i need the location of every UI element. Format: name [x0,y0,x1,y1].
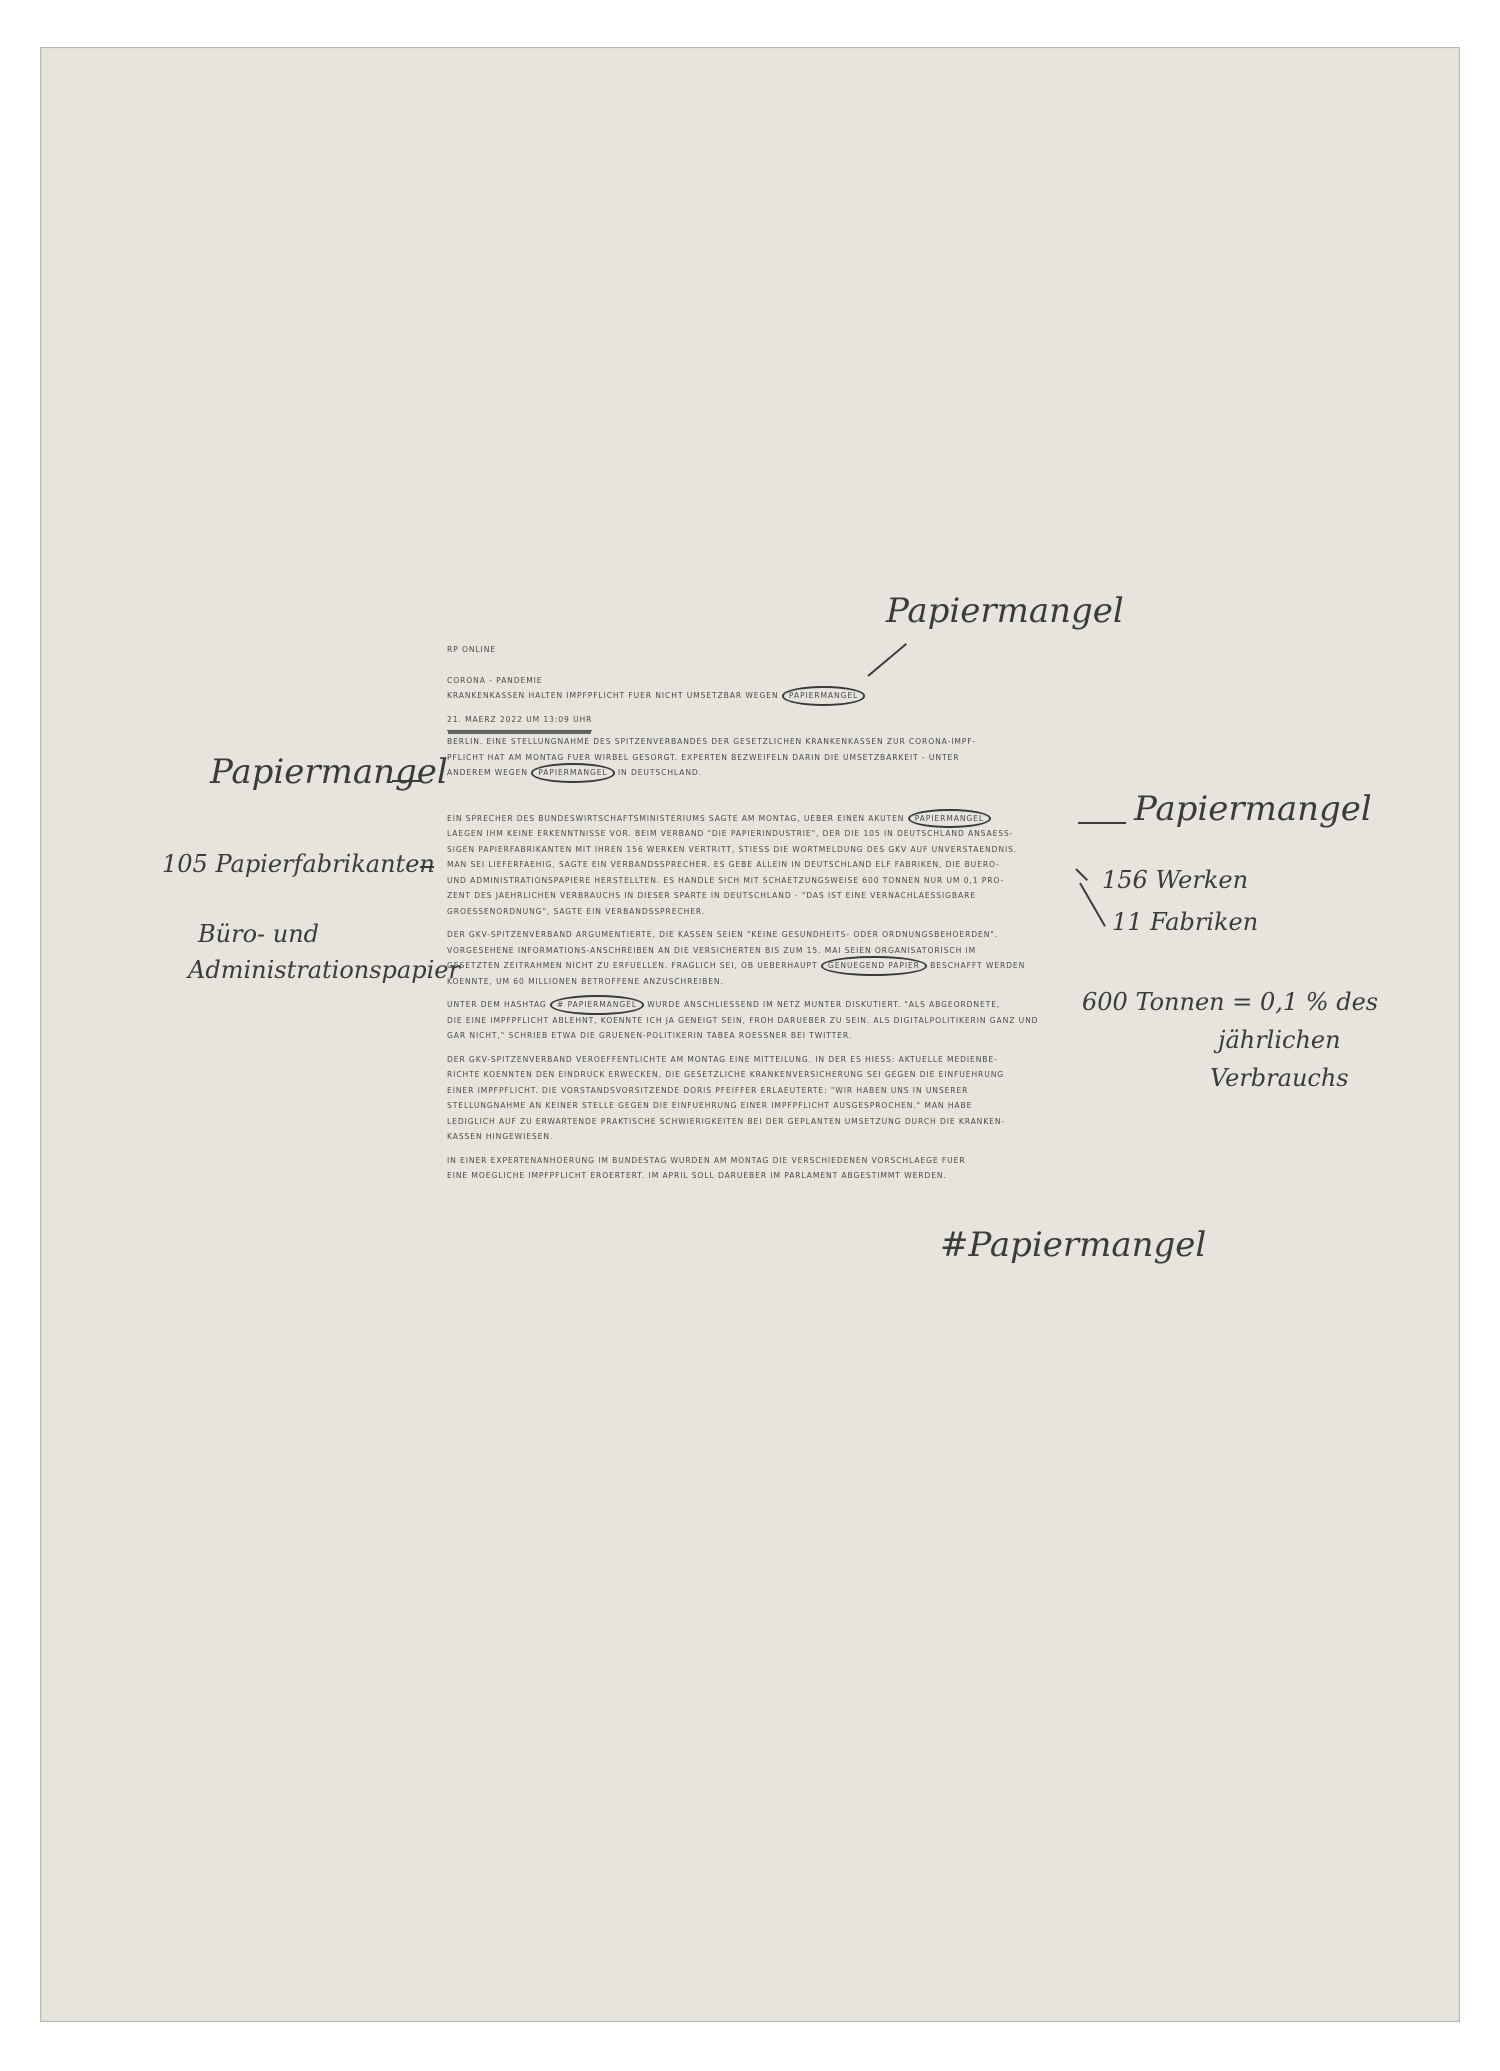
paragraph-5-line: RICHTE KOENNTEN DEN EINDRUCK ERWECKEN, D… [447,1067,1057,1083]
paragraph-5-line: EINER IMPFPFLICHT. DIE VORSTANDSVORSITZE… [447,1083,1057,1099]
circled-word: PAPIERMANGEL [531,763,614,783]
paragraph-1-line: BERLIN. EINE STELLUNGNAHME DES SPITZENVE… [447,734,1057,750]
circled-word: # PAPIERMANGEL [550,995,644,1015]
article-transcription: RP ONLINE CORONA - PANDEMIE KRANKENKASSE… [447,642,1057,1184]
annotation-right-tonnen: 600 Tonnen = 0,1 % des [1082,990,1378,1014]
paragraph-5-line: KASSEN HINGEWIESEN. [447,1129,1057,1145]
annotation-left-administrationspapier: Administrationspapier [188,958,460,982]
paragraph-6-line: EINE MOEGLICHE IMPFPFLICHT EROERTERT. IM… [447,1168,1057,1184]
paragraph-3-line: KOENNTE, UM 60 MILLIONEN BETROFFENE ANZU… [447,974,1057,990]
annotation-top-right: Papiermangel [886,594,1124,628]
circled-word: GENUEGEND PAPIER [821,956,927,976]
paragraph-6-line: IN EINER EXPERTENANHOERUNG IM BUNDESTAG … [447,1153,1057,1169]
paragraph-5-line: DER GKV-SPITZENVERBAND VEROEFFENTLICHTE … [447,1052,1057,1068]
annotation-bottom-hashtag: #Papiermangel [940,1228,1206,1262]
circled-word: PAPIERMANGEL [782,686,865,706]
paragraph-4-line: GAR NICHT," SCHRIEB ETWA DIE GRUENEN-POL… [447,1028,1057,1044]
paragraph-1-line: PFLICHT HAT AM MONTAG FUER WIRBEL GESORG… [447,750,1057,766]
paragraph-4-line: DIE EINE IMPFPFLICHT ABLEHNT, KOENNTE IC… [447,1013,1057,1029]
paragraph-2-line: ZENT DES JAEHRLICHEN VERBRAUCHS IN DIESE… [447,888,1057,904]
paragraph-2-line: MAN SEI LIEFERFAEHIG, SAGTE EIN VERBANDS… [447,857,1057,873]
paragraph-2-line: EIN SPRECHER DES BUNDESWIRTSCHAFTSMINIST… [447,811,1057,827]
paragraph-3-line: DER GKV-SPITZENVERBAND ARGUMENTIERTE, DI… [447,927,1057,943]
paragraph-5-line: STELLUNGNAHME AN KEINER STELLE GEGEN DIE… [447,1098,1057,1114]
paragraph-3-line: GESETZTEN ZEITRAHMEN NICHT ZU ERFUELLEN.… [447,958,1057,974]
paragraph-2-line: SIGEN PAPIERFABRIKANTEN MIT IHREN 156 WE… [447,842,1057,858]
connector-line [392,780,422,782]
paragraph-5-line: LEDIGLICH AUF ZU ERWARTENDE PRAKTISCHE S… [447,1114,1057,1130]
annotation-right-fabriken: 11 Fabriken [1112,910,1258,934]
article-source: RP ONLINE [447,642,1057,658]
paragraph-1-line: ANDEREM WEGEN PAPIERMANGEL IN DEUTSCHLAN… [447,765,1057,781]
annotation-right-werken: 156 Werken [1102,868,1248,892]
article-kicker: CORONA - PANDEMIE [447,673,1057,689]
paragraph-3-line: VORGESEHENE INFORMATIONS-ANSCHREIBEN AN … [447,943,1057,959]
paragraph-2-line: LAEGEN IHM KEINE ERKENNTNISSE VOR. BEIM … [447,826,1057,842]
connector-line [1078,822,1126,824]
annotation-left-fabrikanten: 105 Papierfabrikanten [162,852,435,876]
connector-line [420,866,434,868]
paragraph-2-line: UND ADMINISTRATIONSPAPIERE HERSTELLTEN. … [447,873,1057,889]
annotation-left-papiermangel: Papiermangel [210,755,448,789]
article-date: 21. MAERZ 2022 UM 13:09 UHR [447,712,592,732]
annotation-right-jaehrlichen: jährlichen [1218,1028,1341,1052]
annotation-left-buero: Büro- und [198,922,319,946]
annotation-right-verbrauchs: Verbrauchs [1210,1066,1349,1090]
paragraph-2-line: GROESSENORDNUNG", SAGTE EIN VERBANDSSPRE… [447,904,1057,920]
paragraph-4-line: UNTER DEM HASHTAG # PAPIERMANGEL WURDE A… [447,997,1057,1013]
annotation-right-papiermangel: Papiermangel [1134,792,1372,826]
article-headline: KRANKENKASSEN HALTEN IMPFPFLICHT FUER NI… [447,688,1057,704]
